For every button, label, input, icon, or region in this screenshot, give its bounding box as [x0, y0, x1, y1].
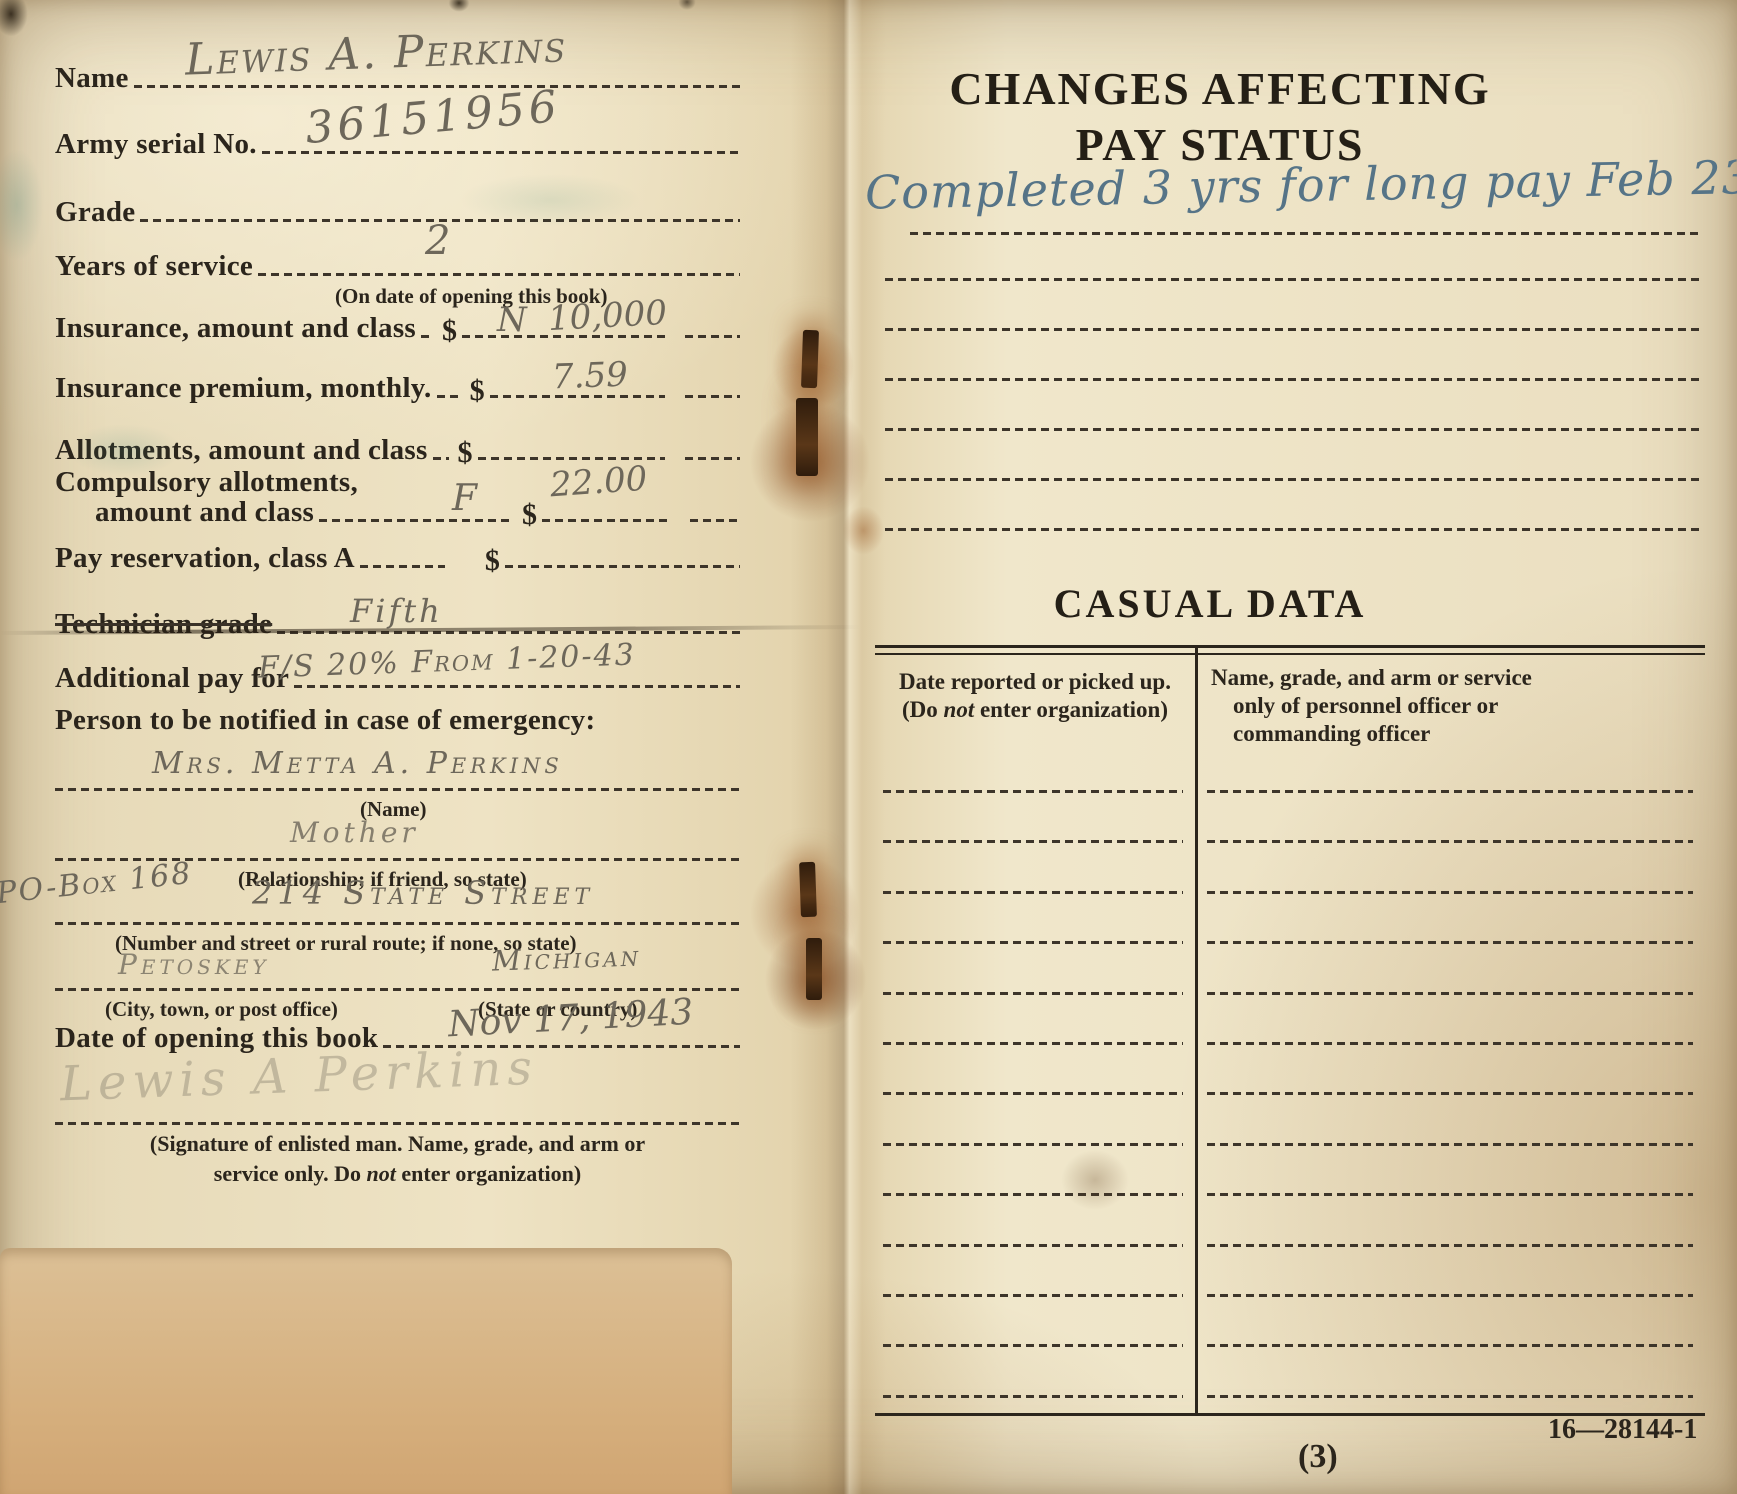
blank-line: [883, 1042, 1183, 1045]
blank-line: [883, 840, 1183, 843]
blank-line: [883, 891, 1183, 894]
blank-line: [883, 1244, 1183, 1247]
blank-line: [883, 992, 1183, 995]
blank-line: [1207, 1042, 1693, 1045]
blank-line: [883, 1092, 1183, 1095]
compulsory-amount: 22.00: [549, 459, 649, 506]
compulsory-class-value: F: [452, 478, 477, 519]
ink-showthrough: [430, 165, 670, 235]
staple: [801, 330, 819, 389]
staple: [796, 398, 818, 476]
blank-line: [1207, 1193, 1693, 1196]
blank-line: [885, 478, 1700, 481]
blank-line: [883, 941, 1183, 944]
relationship-value: Mother: [290, 816, 419, 849]
city-value: Petoskey: [118, 948, 270, 981]
insurance-class-value: N: [497, 300, 527, 340]
ink-showthrough: [50, 415, 200, 485]
pay-status-blank-lines: [885, 170, 1700, 570]
form-number: 16—28144-1: [1548, 1414, 1697, 1446]
blank-line: [1207, 992, 1693, 995]
blank-line: [1207, 790, 1693, 793]
blank-line: [885, 328, 1700, 331]
street-value: 214 State Street: [252, 874, 594, 912]
taped-paper-strip: [0, 1248, 732, 1494]
pay-status-heading-line1: CHANGES AFFECTING: [900, 62, 1540, 115]
binding-fold: [790, 0, 886, 1494]
blank-line: [1207, 891, 1693, 894]
blank-line: [1207, 1143, 1693, 1146]
casual-table-rows: [875, 648, 1705, 1413]
blank-line: [1207, 941, 1693, 944]
blank-line: [885, 528, 1700, 531]
casual-data-table: Date reported or picked up. (Do not ente…: [875, 645, 1705, 1416]
technician-value: Fifth: [350, 592, 443, 630]
blank-line: [883, 790, 1183, 793]
blank-line: [885, 428, 1700, 431]
staple: [806, 938, 822, 1000]
blank-line: [885, 278, 1700, 281]
rust-stain: [836, 498, 891, 563]
emergency-name-value: Mrs. Metta A. Perkins: [152, 746, 563, 781]
blank-line: [883, 1344, 1183, 1347]
blank-line: [1207, 840, 1693, 843]
years-value: 2: [425, 218, 450, 264]
blank-line: [1207, 1294, 1693, 1297]
blank-line: [883, 1143, 1183, 1146]
blank-line: [1207, 1344, 1693, 1347]
state-value: Michigan: [491, 939, 641, 977]
premium-amount: 7.59: [551, 355, 628, 398]
blank-line: [883, 1294, 1183, 1297]
paybook-scan: Name Lewis A. Perkins Army serial No. 36…: [0, 0, 1737, 1494]
blank-line: [1207, 1092, 1693, 1095]
blank-line: [1207, 1244, 1693, 1247]
brown-smudge: [1050, 1140, 1140, 1220]
blank-line: [883, 1193, 1183, 1196]
casual-data-heading: CASUAL DATA: [960, 580, 1460, 627]
insurance-amount: 10,000: [547, 293, 668, 339]
blank-line: [1207, 1395, 1693, 1398]
staple: [799, 862, 817, 918]
blank-line: [883, 1395, 1183, 1398]
blank-line: [885, 378, 1700, 381]
page-number: (3): [1298, 1438, 1338, 1476]
